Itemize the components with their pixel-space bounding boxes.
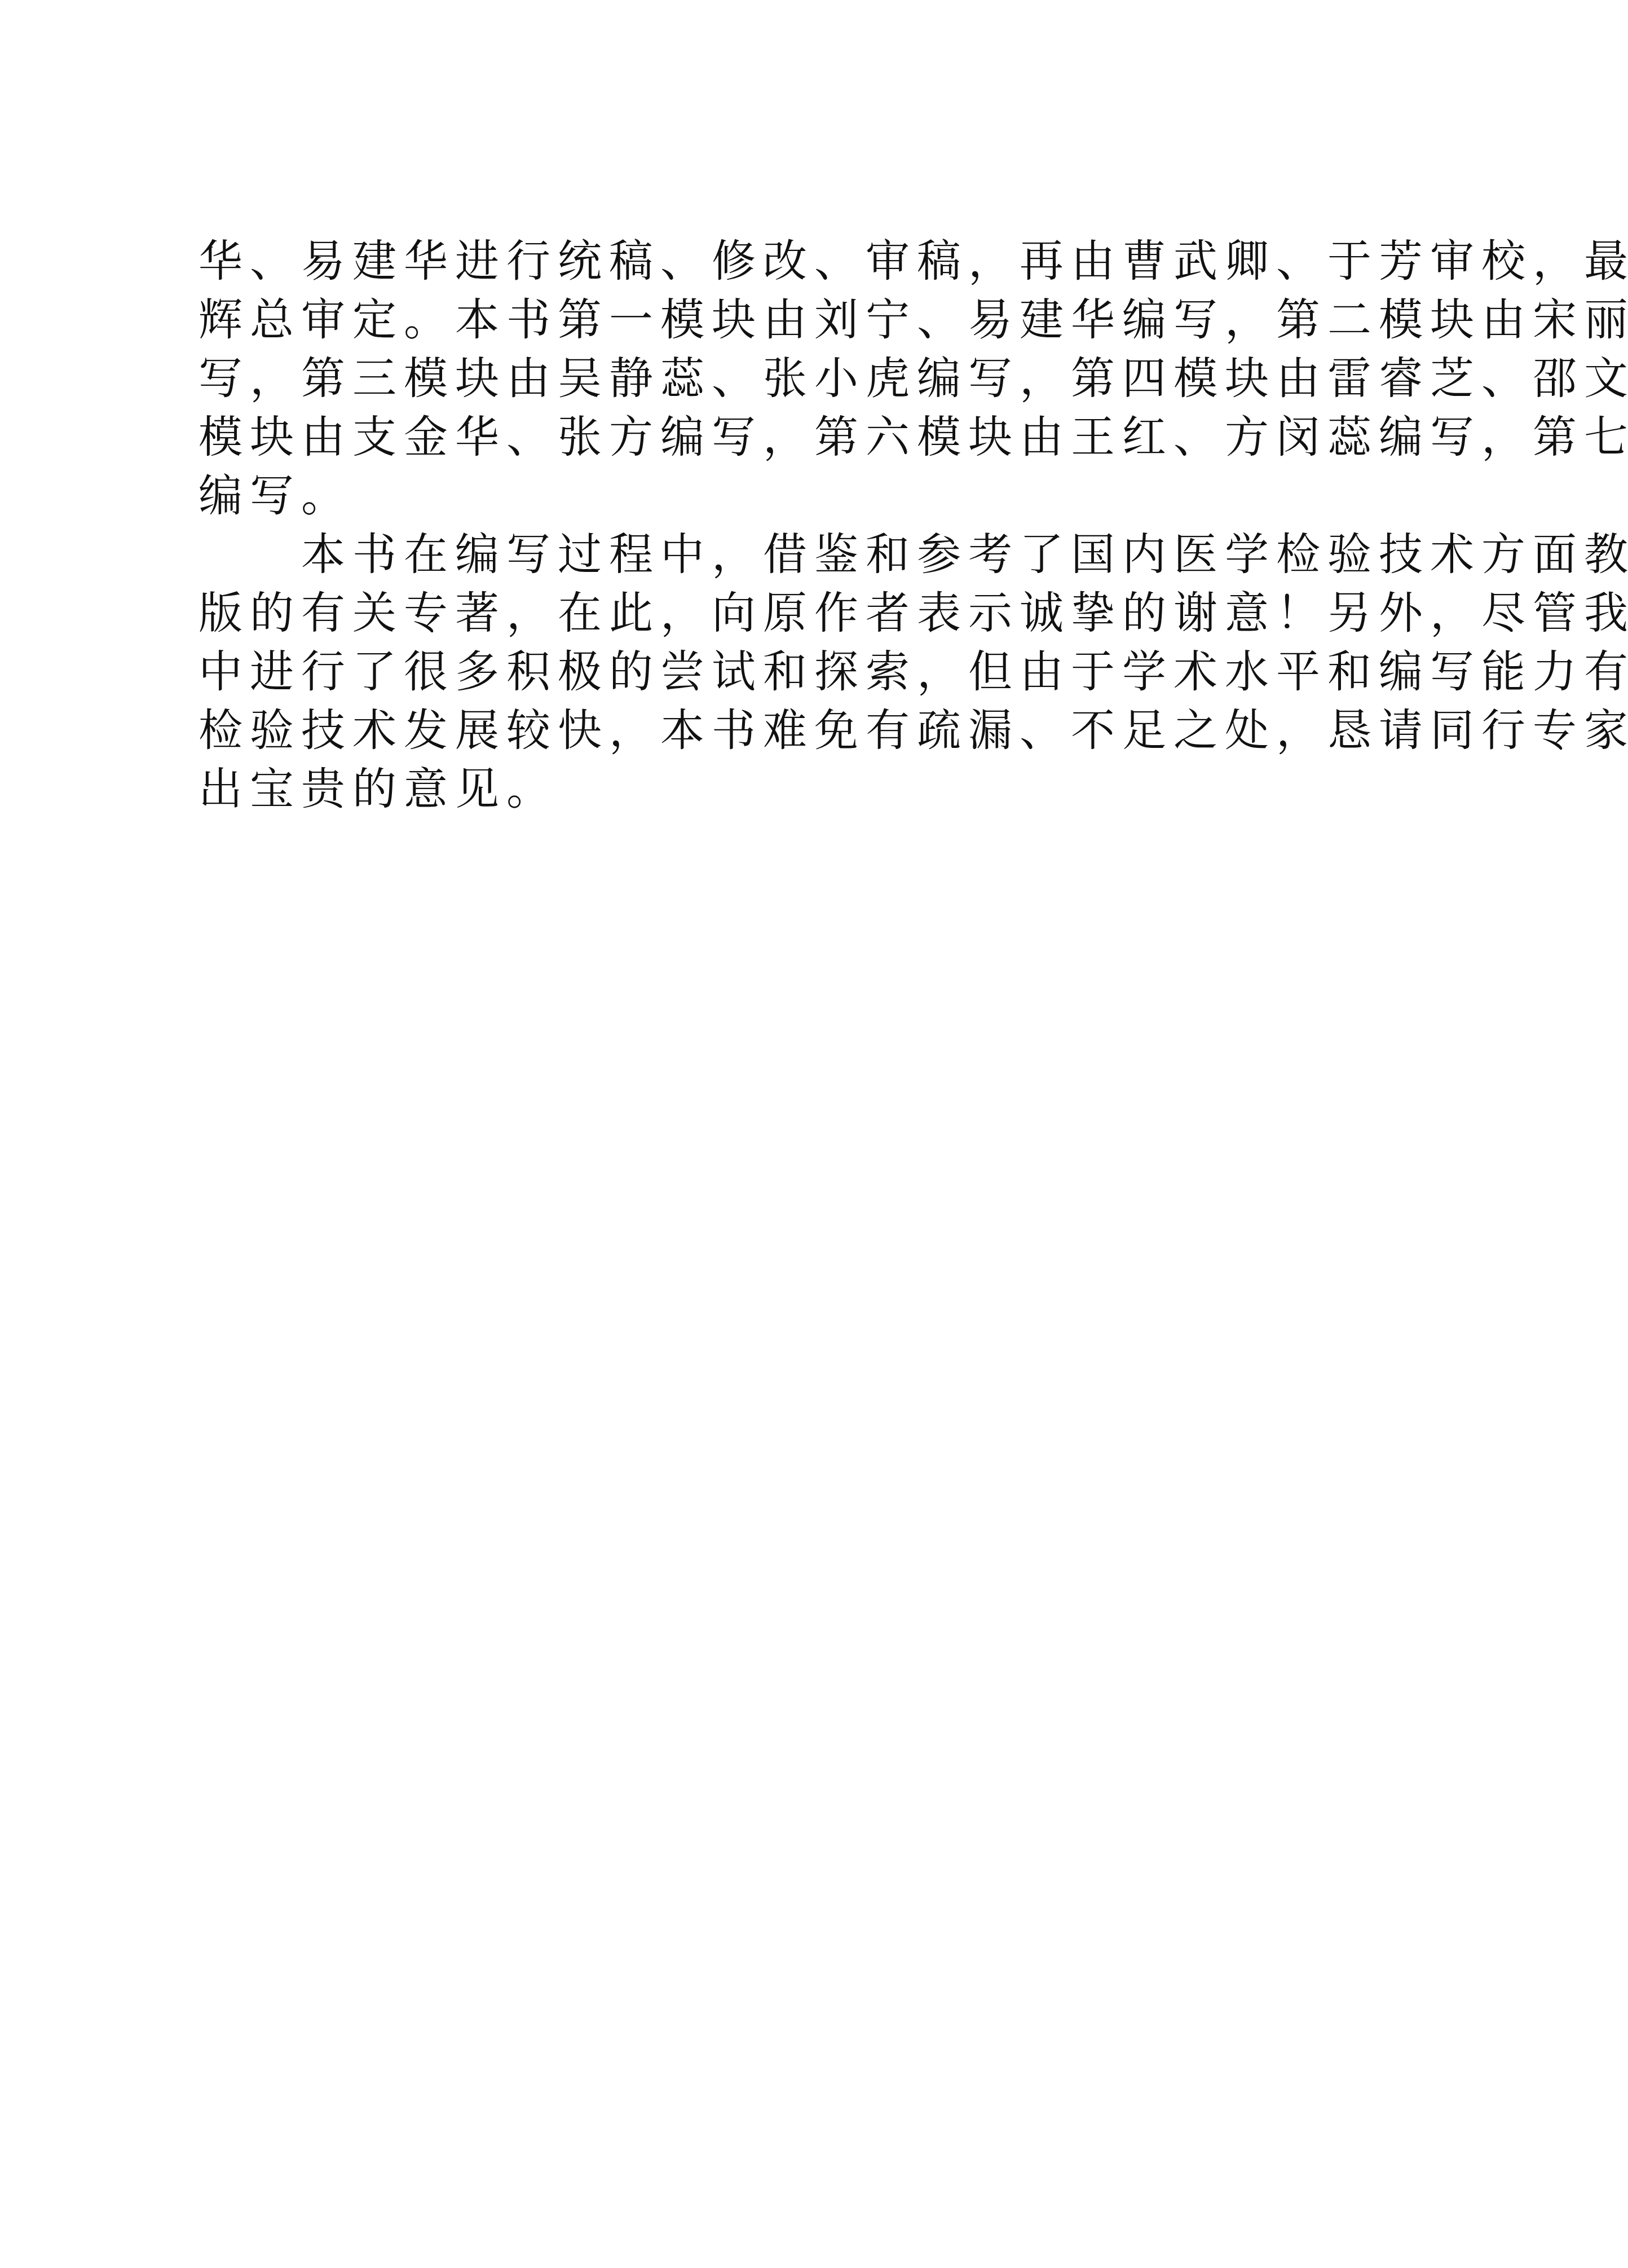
- text-line: 辉总审定。本书第一模块由刘宁、易建华编写，第二模块由宋丽、兰雅娴编: [198, 291, 1439, 350]
- text-line: 写，第三模块由吴静蕊、张小虎编写，第四模块由雷睿芝、邵文英编写，第五: [198, 350, 1439, 408]
- text-line: 模块由支金华、张方编写，第六模块由王红、方闵蕊编写，第七模块由王青叶: [198, 408, 1439, 467]
- document-page: 华、易建华进行统稿、修改、审稿，再由曹武卿、于芳审校，最后由叶华和赵 辉总审定。…: [0, 0, 1628, 2268]
- text-line: 中进行了很多积极的尝试和探索，但由于学术水平和编写能力有限，以及医学: [198, 643, 1439, 702]
- text-line: 版的有关专著，在此，向原作者表示诚挚的谢意！另外，尽管我们在编写过程: [198, 584, 1439, 643]
- body-text: 华、易建华进行统稿、修改、审稿，再由曹武卿、于芳审校，最后由叶华和赵 辉总审定。…: [198, 232, 1439, 819]
- paragraph-2: 本书在编写过程中，借鉴和参考了国内医学检验技术方面教材及近年来出 版的有关专著，…: [198, 526, 1439, 819]
- text-line: 编写。: [198, 467, 1439, 526]
- text-line: 检验技术发展较快，本书难免有疏漏、不足之处，恳请同行专家不吝指教，提: [198, 702, 1439, 760]
- text-line: 华、易建华进行统稿、修改、审稿，再由曹武卿、于芳审校，最后由叶华和赵: [198, 232, 1439, 291]
- paragraph-1: 华、易建华进行统稿、修改、审稿，再由曹武卿、于芳审校，最后由叶华和赵 辉总审定。…: [198, 232, 1439, 526]
- text-line: 本书在编写过程中，借鉴和参考了国内医学检验技术方面教材及近年来出: [198, 526, 1439, 584]
- text-line: 出宝贵的意见。: [198, 760, 1439, 819]
